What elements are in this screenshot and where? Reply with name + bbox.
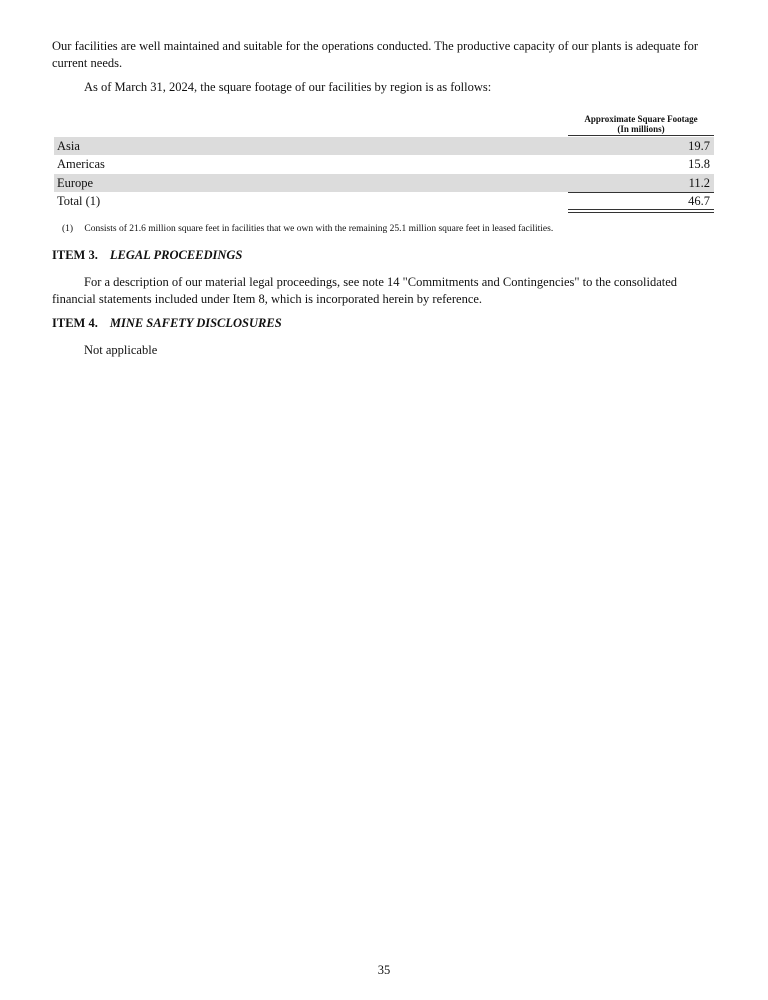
table-header-line1: Approximate Square Footage [568, 114, 714, 124]
item4-number: ITEM 4. [52, 316, 98, 330]
row-value: 19.7 [688, 137, 710, 155]
row-value: 15.8 [688, 155, 710, 173]
table-header-line2: (In millions) [568, 124, 714, 134]
footnote-marker: (1) [62, 224, 82, 234]
table-row: Americas 15.8 [54, 155, 714, 173]
footnote-text: Consists of 21.6 million square feet in … [84, 224, 553, 234]
item3-number: ITEM 3. [52, 248, 98, 262]
table-column-header: Approximate Square Footage (In millions) [568, 114, 714, 134]
intro-table-lead: As of March 31, 2024, the square footage… [52, 79, 716, 96]
item4-body: Not applicable [52, 342, 716, 359]
item3-heading: ITEM 3.LEGAL PROCEEDINGS [52, 248, 242, 263]
table-row: Europe 11.2 [54, 174, 714, 192]
page-number: 35 [0, 963, 768, 978]
item4-title: MINE SAFETY DISCLOSURES [110, 316, 282, 330]
header-rule [568, 135, 714, 136]
row-value: 46.7 [688, 192, 710, 210]
table-row-total: Total (1) 46.7 [54, 192, 714, 210]
row-label: Europe [57, 174, 93, 192]
table-footnote: (1) Consists of 21.6 million square feet… [62, 224, 722, 234]
row-label: Total (1) [57, 192, 100, 210]
item3-title: LEGAL PROCEEDINGS [110, 248, 243, 262]
total-double-rule [568, 209, 714, 213]
row-value: 11.2 [689, 174, 710, 192]
row-label: Americas [57, 155, 105, 173]
table-row: Asia 19.7 [54, 137, 714, 155]
item3-body: For a description of our material legal … [52, 274, 716, 308]
intro-paragraph: Our facilities are well maintained and s… [52, 38, 716, 72]
row-label: Asia [57, 137, 80, 155]
item4-heading: ITEM 4.MINE SAFETY DISCLOSURES [52, 316, 282, 331]
